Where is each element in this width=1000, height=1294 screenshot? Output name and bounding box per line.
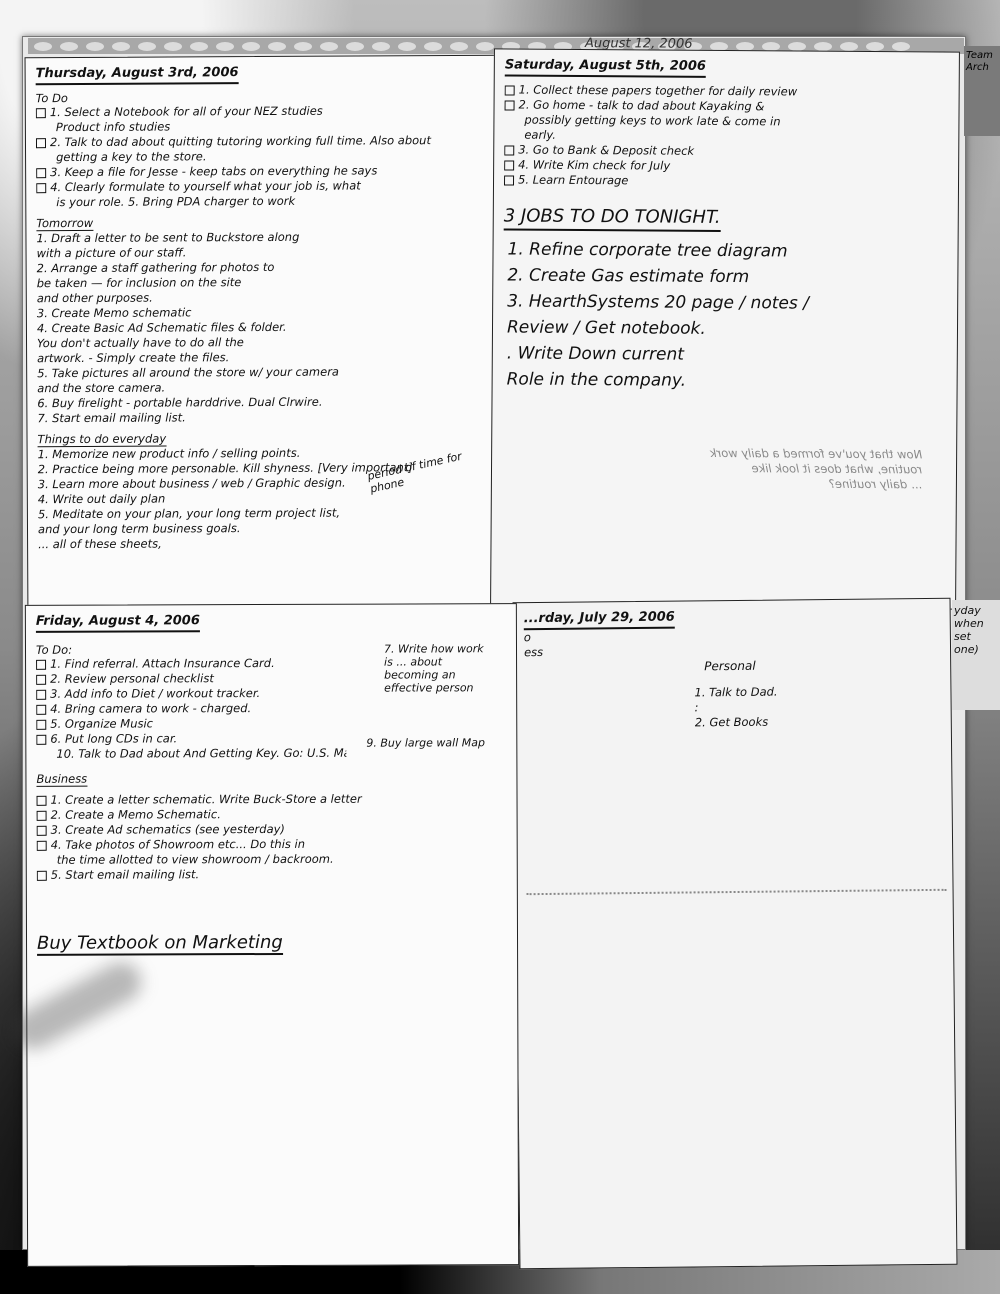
business-item: the time allotted to view showroom / bac… xyxy=(37,851,507,868)
jobs-list: 1. Refine corporate tree diagram2. Creat… xyxy=(493,236,958,395)
job-item: 3. HearthSystems 20 page / notes / xyxy=(507,288,947,317)
note-page-friday: Friday, August 4, 2006 To Do: 1. Find re… xyxy=(25,603,519,1267)
checkbox-icon xyxy=(36,183,46,193)
business-heading: Business xyxy=(36,772,87,787)
job-item: . Write Down current xyxy=(507,340,947,369)
checkbox-icon xyxy=(504,175,514,185)
job-item: 1. Refine corporate tree diagram xyxy=(507,236,947,265)
todo-item: 1. Find referral. Attach Insurance Card. xyxy=(36,656,346,672)
page-date: Thursday, August 3rd, 2006 xyxy=(36,65,239,85)
jobs-heading: 3 JOBS TO DO TONIGHT. xyxy=(504,205,721,232)
fold-crease xyxy=(527,889,947,895)
fragment: ess xyxy=(524,641,940,660)
business-item: 1. Create a letter schematic. Write Buck… xyxy=(37,791,507,808)
todo-item: 5. Learn Entourage xyxy=(504,172,948,190)
checkbox-icon xyxy=(37,825,47,835)
todo-list: 1. Collect these papers together for dai… xyxy=(494,82,959,190)
todo-list: 1. Select a Notebook for all of your NEZ… xyxy=(26,103,503,210)
checkbox-icon xyxy=(36,704,46,714)
checkbox-icon xyxy=(37,810,47,820)
folder-tab-right: yday when set one) xyxy=(952,600,1000,710)
checkbox-icon xyxy=(505,100,515,110)
checkbox-icon xyxy=(36,108,46,118)
business-item: 5. Start email mailing list. xyxy=(37,866,507,883)
overwritten-date: August 12, 2006 xyxy=(585,36,693,52)
checkbox-icon xyxy=(36,689,46,699)
tomorrow-heading: Tomorrow xyxy=(36,216,93,231)
todo-item: is your role. 5. Bring PDA charger to wo… xyxy=(36,193,492,210)
everyday-item: ... all of these sheets, xyxy=(38,535,494,552)
page-date: Saturday, August 5th, 2006 xyxy=(505,57,706,77)
page-date: ...rday, July 29, 2006 xyxy=(524,610,675,631)
todo-list: 1. Find referral. Attach Insurance Card.… xyxy=(26,656,356,762)
business-item: 4. Take photos of Showroom etc... Do thi… xyxy=(37,836,507,853)
side-note-wall-map: 9. Buy large wall Map xyxy=(366,736,486,749)
folder-tab-top-right: Team Arch xyxy=(964,46,1000,136)
note-page-thursday: Thursday, August 3rd, 2006 To Do 1. Sele… xyxy=(25,55,506,619)
bleed-through-text: Now that you've formed a daily workrouti… xyxy=(532,445,932,493)
checkbox-icon xyxy=(36,659,46,669)
tomorrow-item: 7. Start email mailing list. xyxy=(37,409,493,426)
business-item: 2. Create a Memo Schematic. xyxy=(37,806,507,823)
personal-item: 2. Get Books xyxy=(695,715,778,731)
checkbox-icon xyxy=(36,674,46,684)
personal-heading: Personal xyxy=(704,659,756,674)
footer-note: Buy Textbook on Marketing xyxy=(37,932,283,956)
shadow-smudge xyxy=(6,955,148,1056)
note-page-saturday: August 12, 2006 Saturday, August 5th, 20… xyxy=(490,48,960,609)
todo-item: possibly getting keys to work late & com… xyxy=(504,112,948,130)
tomorrow-list: 1. Draft a letter to be sent to Buckstor… xyxy=(26,229,503,426)
personal-list: 1. Talk to Dad.:2. Get Books xyxy=(684,684,788,730)
checkbox-icon xyxy=(504,145,514,155)
todo-item: 3. Add info to Diet / workout tracker. xyxy=(36,686,346,702)
todo-item: 2. Talk to dad about quitting tutoring w… xyxy=(36,133,492,150)
personal-item: : xyxy=(695,700,778,716)
checkbox-icon xyxy=(504,160,514,170)
checkbox-icon xyxy=(37,840,47,850)
checkbox-icon xyxy=(36,168,46,178)
todo-item: 2. Review personal checklist xyxy=(36,671,346,687)
job-item: 2. Create Gas estimate form xyxy=(507,262,947,291)
todo-item: 5. Organize Music xyxy=(36,716,346,732)
checkbox-icon xyxy=(36,734,46,744)
side-note-effective-person: 7. Write how work is ... about becoming … xyxy=(384,642,494,694)
everyday-heading: Things to do everyday xyxy=(37,432,166,448)
personal-item: 1. Talk to Dad. xyxy=(694,685,777,701)
bleed-line: ... daily routine? xyxy=(542,475,922,493)
business-list: 1. Create a letter schematic. Write Buck… xyxy=(27,791,517,883)
todo-item: 6. Put long CDs in car. xyxy=(36,731,346,747)
checkbox-icon xyxy=(37,795,47,805)
checkbox-icon xyxy=(37,870,47,880)
note-page-july: ...rday, July 29, 2006 o ess Personal 1.… xyxy=(513,598,958,1270)
page-date: Friday, August 4, 2006 xyxy=(36,613,200,633)
todo-item: 10. Talk to Dad about And Getting Key. G… xyxy=(36,746,346,762)
job-item: Role in the company. xyxy=(507,366,947,395)
business-item: 3. Create Ad schematics (see yesterday) xyxy=(37,821,507,838)
todo-item: 4. Bring camera to work - charged. xyxy=(36,701,346,717)
checkbox-icon xyxy=(505,85,515,95)
checkbox-icon xyxy=(36,719,46,729)
job-item: Review / Get notebook. xyxy=(507,314,947,343)
checkbox-icon xyxy=(36,138,46,148)
